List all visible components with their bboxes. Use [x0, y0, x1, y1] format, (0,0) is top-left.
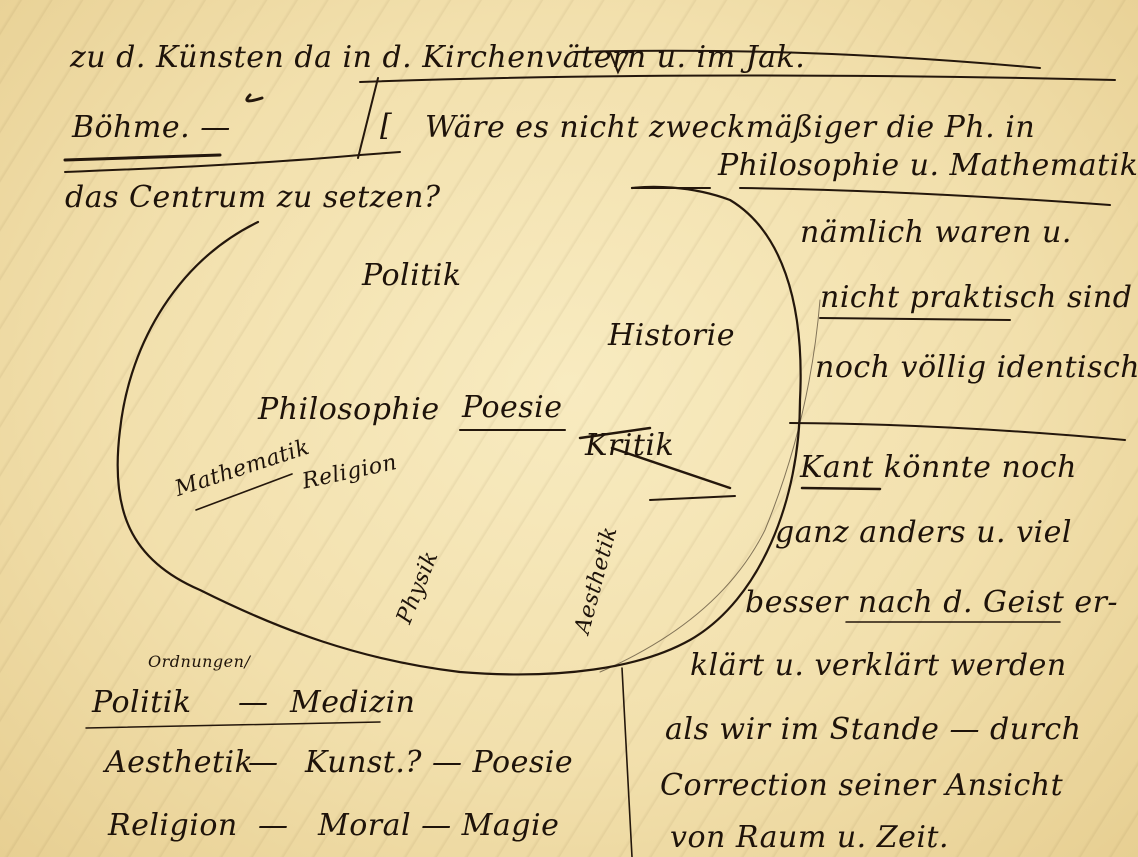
right-line-2: nämlich waren u.: [800, 215, 1072, 250]
bracket-mark: [: [380, 108, 392, 143]
right-line-9: als wir im Stande — durch: [665, 712, 1081, 747]
right-line-4: noch völlig identisch.: [815, 350, 1138, 385]
bottom-row-3-left: Religion: [108, 808, 238, 843]
bottom-row-3-right: Moral — Magie: [318, 808, 559, 843]
bottom-row-2-right: Kunst.? — Poesie: [305, 745, 573, 780]
right-line-10: Correction seiner Ansicht: [660, 768, 1063, 803]
right-line-geist: besser nach d. Geist er-: [745, 585, 1118, 620]
bottom-row-2-sep: —: [248, 745, 279, 780]
circle-label-historie: Historie: [608, 318, 735, 353]
bottom-annotation: Ordnungen/: [148, 652, 250, 671]
right-line-kant: Kant könnte noch: [800, 450, 1077, 485]
line-question: Wäre es nicht zweckmäßiger die Ph. in: [425, 110, 1035, 145]
bottom-row-1-right: Medizin: [290, 685, 416, 720]
circle-label-philosophie: Philosophie: [258, 392, 440, 427]
bottom-row-2-left: Aesthetik: [105, 745, 253, 780]
right-line-philo-math: Philosophie u. Mathematik: [718, 148, 1138, 183]
line-centrum: das Centrum zu setzen?: [65, 180, 441, 215]
line-1: zu d. Künsten da in d. Kirchenvätern u. …: [70, 40, 805, 75]
circle-label-politik: Politik: [362, 258, 462, 293]
right-line-3: nicht praktisch sind: [820, 280, 1132, 315]
circle-label-poesie: Poesie: [462, 390, 563, 425]
bottom-row-1-sep: —: [238, 685, 269, 720]
circle-label-kritik: Kritik: [585, 428, 674, 463]
bottom-row-1-left: Politik: [92, 685, 192, 720]
right-line-11: von Raum u. Zeit.: [670, 820, 949, 855]
bottom-row-3-sep: —: [258, 808, 289, 843]
right-line-8: klärt u. verklärt werden: [690, 648, 1067, 683]
line-boehme: Böhme. —: [72, 110, 231, 145]
right-line-6: ganz anders u. viel: [775, 515, 1072, 550]
